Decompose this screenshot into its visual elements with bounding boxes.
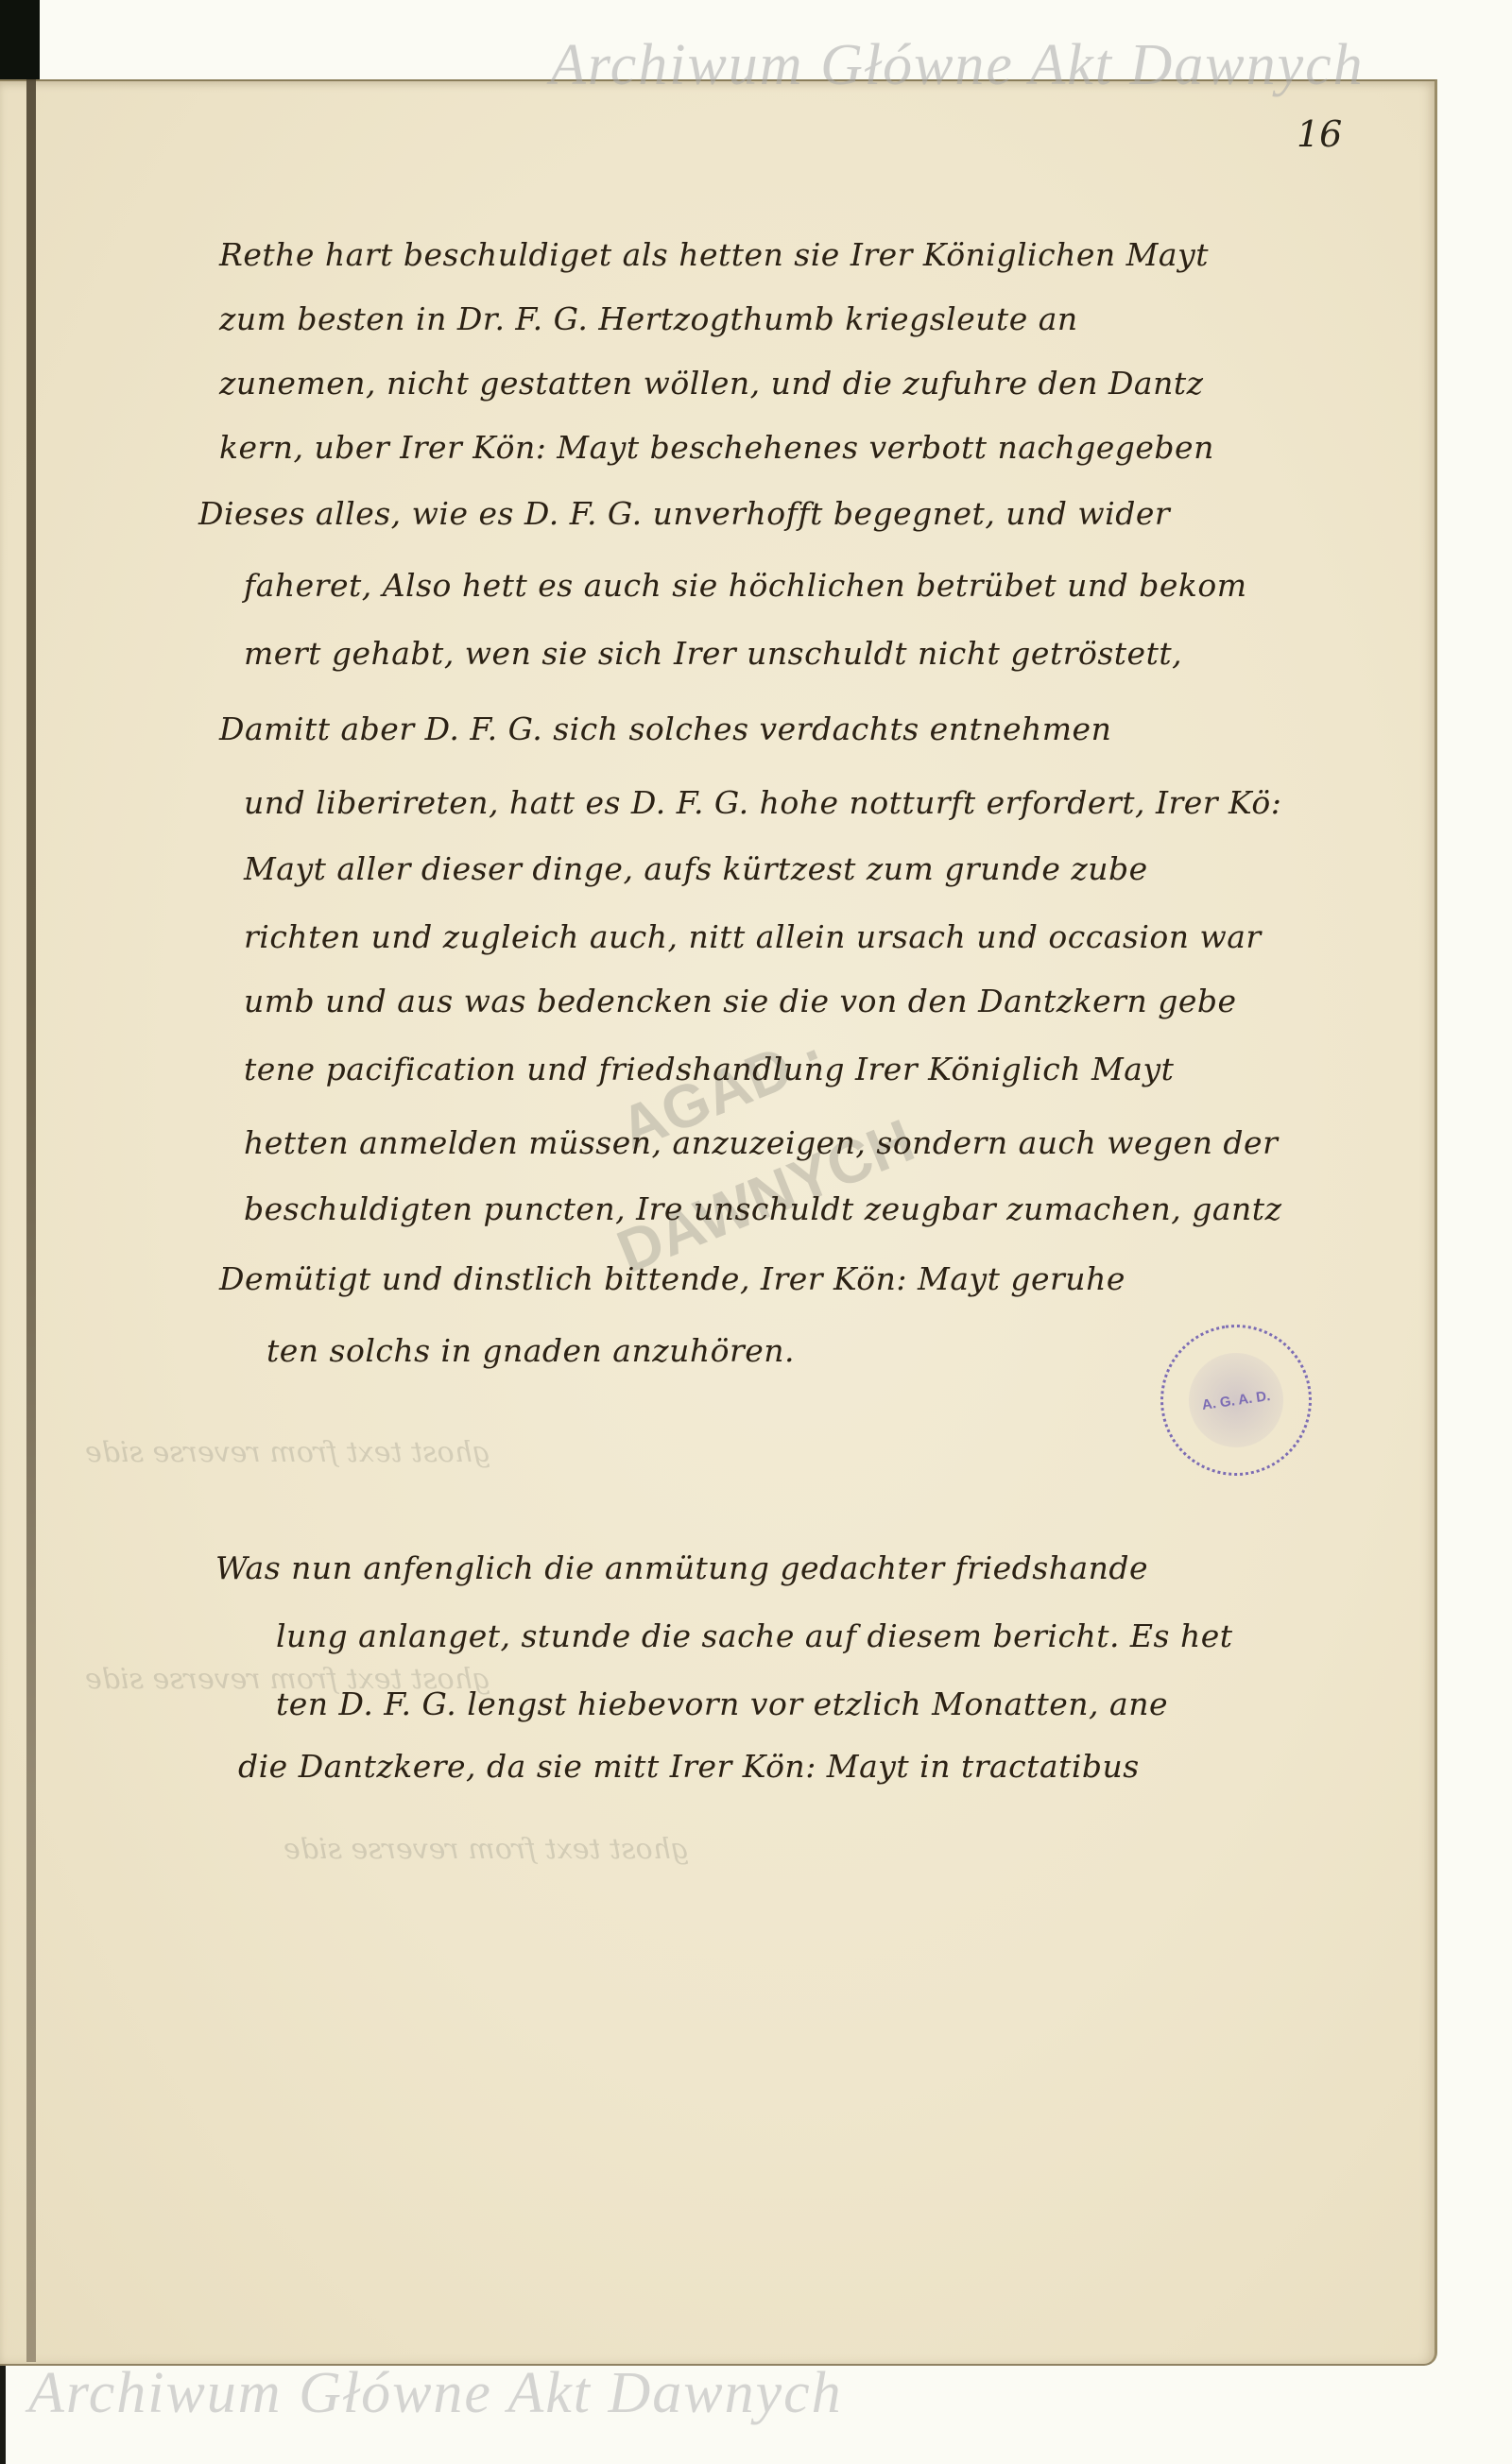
archive-watermark-bottom: Archiwum Główne Akt Dawnych xyxy=(28,2360,843,2427)
text-line: Rethe hart beschuldiget als hetten sie I… xyxy=(219,236,1209,273)
text-line: Was nun anfenglich die anmütung gedachte… xyxy=(215,1549,1148,1586)
text-line: richten und zugleich auch, nitt allein u… xyxy=(244,918,1262,955)
text-line: faheret, Also hett es auch sie höchliche… xyxy=(244,567,1247,604)
text-line: Mayt aller dieser dinge, aufs kürtzest z… xyxy=(244,850,1148,887)
text-line: die Dantzkere, da sie mitt Irer Kön: May… xyxy=(238,1748,1140,1785)
binding-gutter xyxy=(26,79,36,2362)
text-line: und liberireten, hatt es D. F. G. hohe n… xyxy=(244,784,1281,821)
text-line: umb und aus was bedencken sie die von de… xyxy=(244,983,1237,1019)
stamp-emblem: A. G. A. D. xyxy=(1183,1347,1290,1454)
text-line: Demütigt und dinstlich bittende, Irer Kö… xyxy=(219,1260,1125,1297)
text-line: zum besten in Dr. F. G. Hertzogthumb kri… xyxy=(219,300,1078,337)
text-line: ten solchs in gnaden anzuhören. xyxy=(266,1332,795,1369)
folio-number: 16 xyxy=(1297,113,1342,155)
text-line: hetten anmelden müssen, anzuzeigen, sond… xyxy=(244,1124,1278,1161)
text-line: Damitt aber D. F. G. sich solches verdac… xyxy=(219,710,1111,747)
text-line: mert gehabt, wen sie sich Irer unschuldt… xyxy=(244,635,1182,672)
text-line: kern, uber Irer Kön: Mayt beschehenes ve… xyxy=(219,429,1214,466)
text-line: beschuldigten puncten, Ire unschuldt zeu… xyxy=(244,1190,1281,1227)
bleed-through-text: ghost text from reverse side xyxy=(283,1833,689,1866)
text-line: Dieses alles, wie es D. F. G. unverhofft… xyxy=(198,495,1170,532)
scanner-background-strip-bottom xyxy=(0,2362,6,2464)
scanner-background-strip xyxy=(0,0,40,83)
stamp-text: A. G. A. D. xyxy=(1201,1388,1271,1413)
text-line: tene pacification und friedshandlung Ire… xyxy=(244,1051,1174,1087)
text-line: ten D. F. G. lengst hiebevorn vor etzlic… xyxy=(276,1685,1168,1722)
text-line: lung anlanget, stunde die sache auf dies… xyxy=(276,1617,1233,1654)
text-line: zunemen, nicht gestatten wöllen, und die… xyxy=(219,365,1203,402)
archive-watermark-top: Archiwum Główne Akt Dawnych xyxy=(550,32,1365,99)
bleed-through-text: ghost text from reverse side xyxy=(85,1436,490,1469)
